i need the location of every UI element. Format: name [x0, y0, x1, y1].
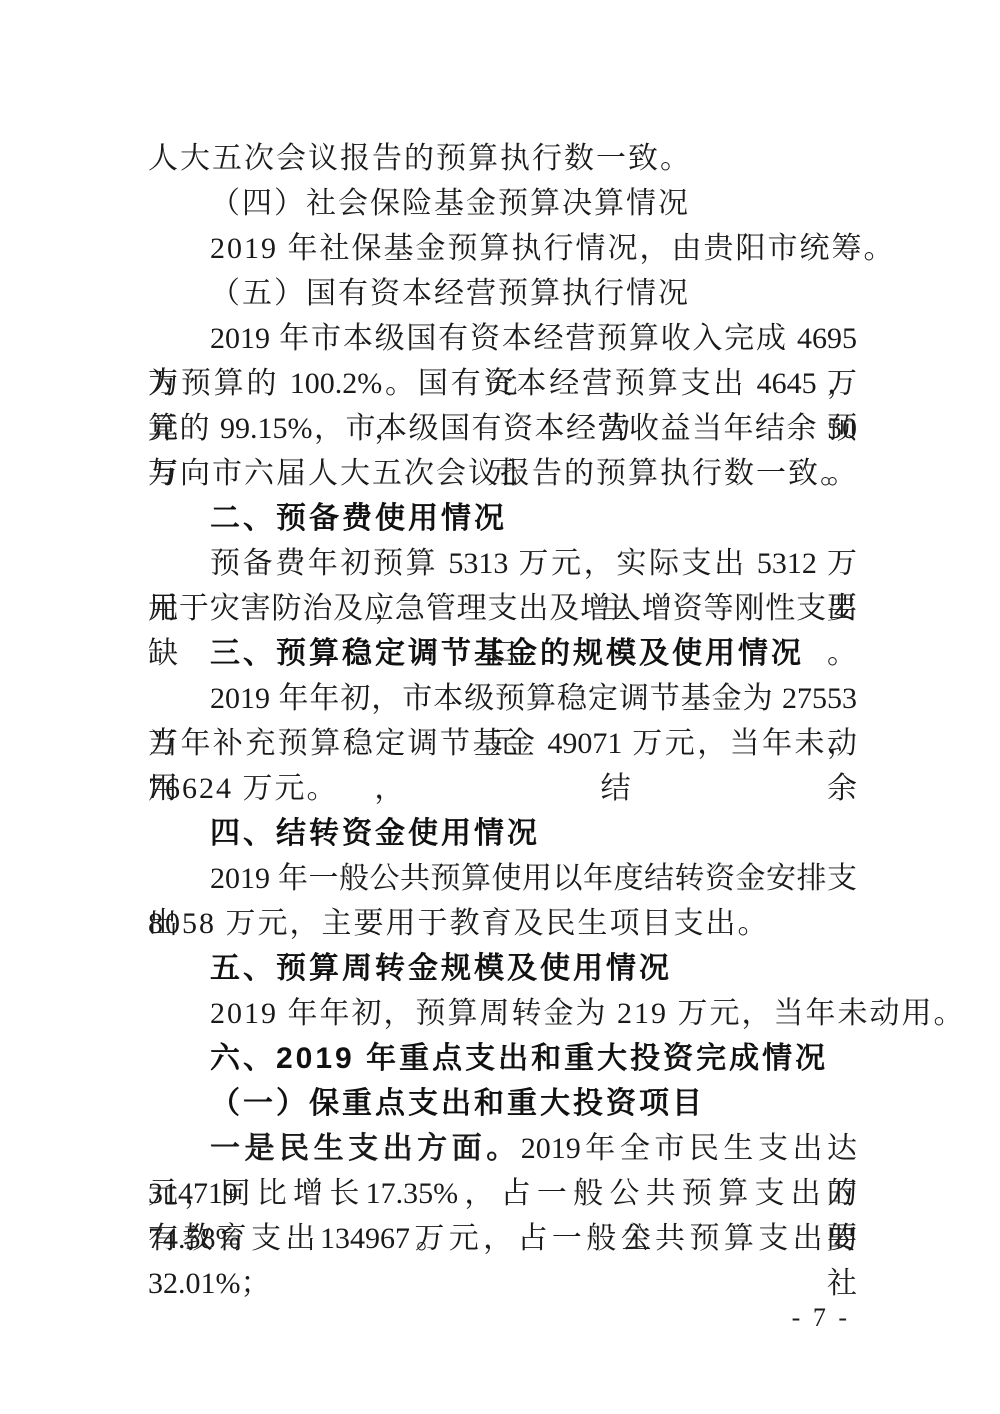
paragraph-line: 算的 99.15%，市本级国有资本经营收益当年结余 50 万元。 [148, 406, 857, 451]
paragraph-line: 一是民生支出方面。2019年全市民生支出达314719万 [148, 1126, 857, 1171]
paragraph-line: 当年补充预算稳定调节基金 49071 万元，当年未动用，结余 [148, 721, 857, 766]
section-heading: 六、2019 年重点支出和重大投资完成情况 [148, 1036, 857, 1081]
paragraph-line: 8058 万元，主要用于教育及民生项目支出。 [148, 901, 857, 946]
sub-section-heading: （一）保重点支出和重大投资项目 [148, 1081, 857, 1126]
paragraph-line: 用于灾害防治及应急管理支出及增人增资等刚性支出缺口。 [148, 586, 857, 631]
paragraph-line: 元，同比增长17.35%，占一般公共预算支出的74.58%。主要 [148, 1171, 857, 1216]
document-page: 人大五次会议报告的预算执行数一致。 （四）社会保险基金预算决算情况 2019 年… [0, 0, 1000, 1414]
page-number: - 7 - [792, 1303, 850, 1333]
section-heading: 五、预算周转金规模及使用情况 [148, 946, 857, 991]
paragraph-line: 2019 年年初，市本级预算稳定调节基金为 27553 万元， [148, 676, 857, 721]
paragraph-line: 与向市六届人大五次会议报告的预算执行数一致。 [148, 451, 857, 496]
paragraph-line: 2019 年社保基金预算执行情况，由贵阳市统筹。 [148, 226, 857, 271]
paragraph-line: 人大五次会议报告的预算执行数一致。 [148, 136, 857, 181]
sub-section-heading: （四）社会保险基金预算决算情况 [148, 181, 857, 226]
paragraph-line: 2019 年年初，预算周转金为 219 万元，当年未动用。 [148, 991, 857, 1036]
section-heading: 三、预算稳定调节基金的规模及使用情况 [148, 631, 857, 676]
paragraph-line: 2019 年一般公共预算使用以年度结转资金安排支出 [148, 856, 857, 901]
paragraph-line: 2019 年市本级国有资本经营预算收入完成 4695 万元， [148, 316, 857, 361]
sub-section-heading: （五）国有资本经营预算执行情况 [148, 271, 857, 316]
section-heading: 二、预备费使用情况 [148, 496, 857, 541]
paragraph-line: 为预算的 100.2%。国有资本经营预算支出 4645 万元，为预 [148, 361, 857, 406]
section-heading: 四、结转资金使用情况 [148, 811, 857, 856]
paragraph-line: 预备费年初预算 5313 万元，实际支出 5312 万元，主要 [148, 541, 857, 586]
bold-lead-text: 一是民生支出方面。 [210, 1132, 521, 1165]
document-body: 人大五次会议报告的预算执行数一致。 （四）社会保险基金预算决算情况 2019 年… [148, 136, 857, 1261]
paragraph-line: 有教育支出134967万元，占一般公共预算支出的32.01%；社 [148, 1216, 857, 1261]
